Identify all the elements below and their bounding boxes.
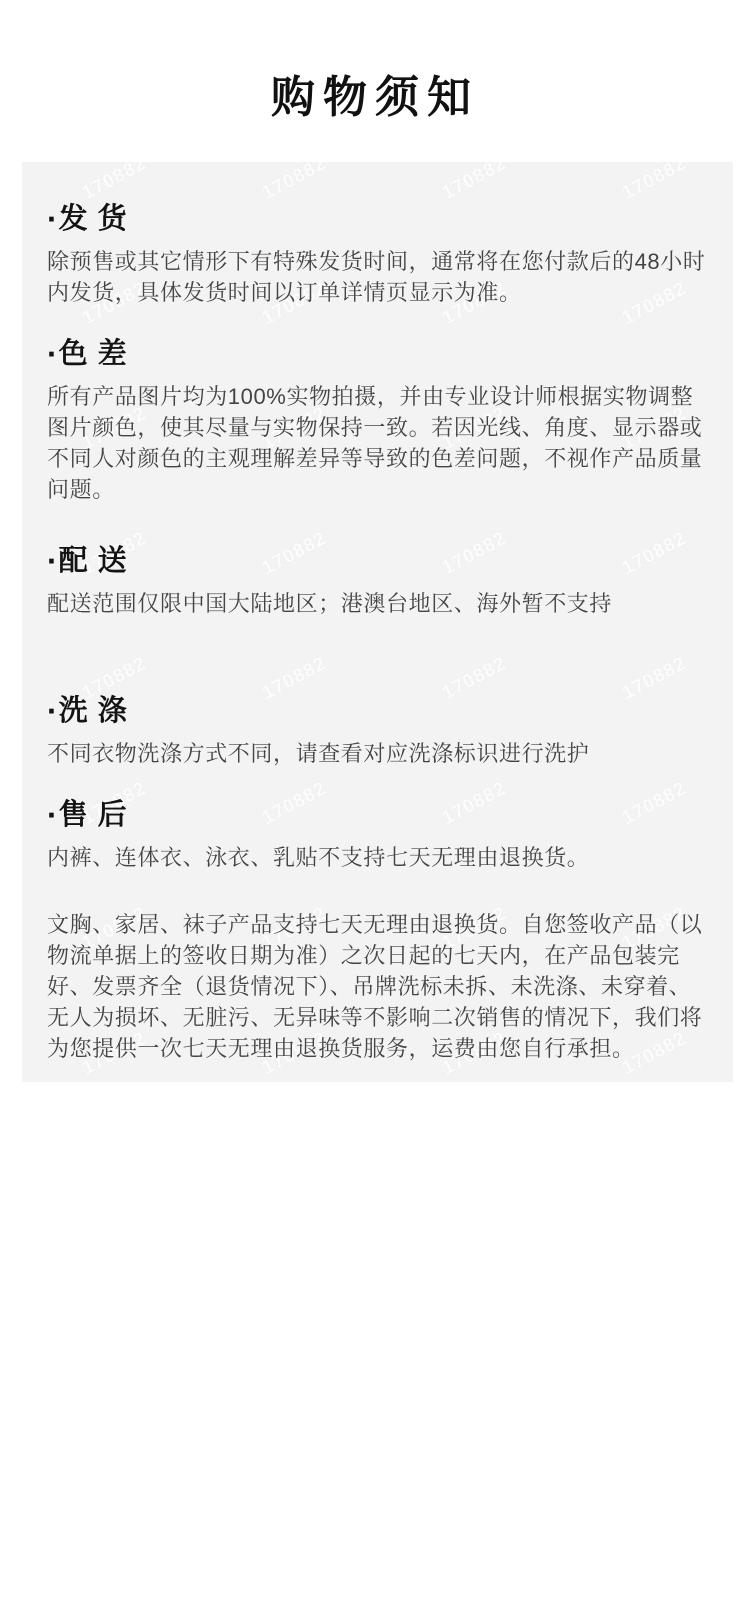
section-shipping: · 发货 除预售或其它情形下有特殊发货时间，通常将在您付款后的48小时 内发货，… [47,203,705,308]
bullet-icon: · [47,203,58,235]
section-washing-heading-text: 洗涤 [59,695,137,727]
watermark-text: 170882 [439,162,511,205]
section-shipping-heading-text: 发货 [59,203,137,235]
watermark-text: 170882 [79,162,151,205]
section-washing: · 洗涤 不同衣物洗涤方式不同，请查看对应洗涤标识进行洗护 [47,695,705,769]
bullet-icon: · [47,695,58,727]
bullet-icon: · [47,799,58,831]
section-washing-paragraph: 不同衣物洗涤方式不同，请查看对应洗涤标识进行洗护 [47,738,705,769]
section-color-difference: · 色差 所有产品图片均为100%实物拍摄，并由专业设计师根据实物调整 图片颜色… [47,338,705,505]
section-after-sales-paragraph-1: 内裤、连体衣、泳衣、乳贴不支持七天无理由退换货。 [47,842,705,873]
section-delivery-paragraph: 配送范围仅限中国大陆地区；港澳台地区、海外暂不支持 [47,588,705,619]
section-shipping-paragraph: 除预售或其它情形下有特殊发货时间，通常将在您付款后的48小时 内发货，具体发货时… [47,246,705,308]
section-after-sales-heading-text: 售后 [59,799,137,831]
section-color-difference-paragraph: 所有产品图片均为100%实物拍摄，并由专业设计师根据实物调整 图片颜色，使其尽量… [47,381,705,505]
watermark-text: 170882 [259,162,331,205]
section-after-sales: · 售后 内裤、连体衣、泳衣、乳贴不支持七天无理由退换货。 文胸、家居、袜子产品… [47,799,705,1064]
watermark-text: 170882 [619,162,691,205]
section-after-sales-paragraph-2: 文胸、家居、袜子产品支持七天无理由退换货。自您签收产品（以 物流单据上的签收日期… [47,909,705,1064]
section-color-difference-heading-text: 色差 [59,338,137,370]
notice-panel: 1708821708821708821708821708821708821708… [22,162,733,1082]
section-washing-heading: · 洗涤 [47,695,705,727]
bullet-icon: · [47,545,58,577]
section-after-sales-heading: · 售后 [47,799,705,831]
bullet-icon: · [47,338,58,370]
section-delivery-heading-text: 配送 [59,545,137,577]
section-delivery: · 配送 配送范围仅限中国大陆地区；港澳台地区、海外暂不支持 [47,545,705,619]
section-color-difference-heading: · 色差 [47,338,705,370]
page-title: 购物须知 [0,0,750,122]
section-shipping-heading: · 发货 [47,203,705,235]
section-delivery-heading: · 配送 [47,545,705,577]
